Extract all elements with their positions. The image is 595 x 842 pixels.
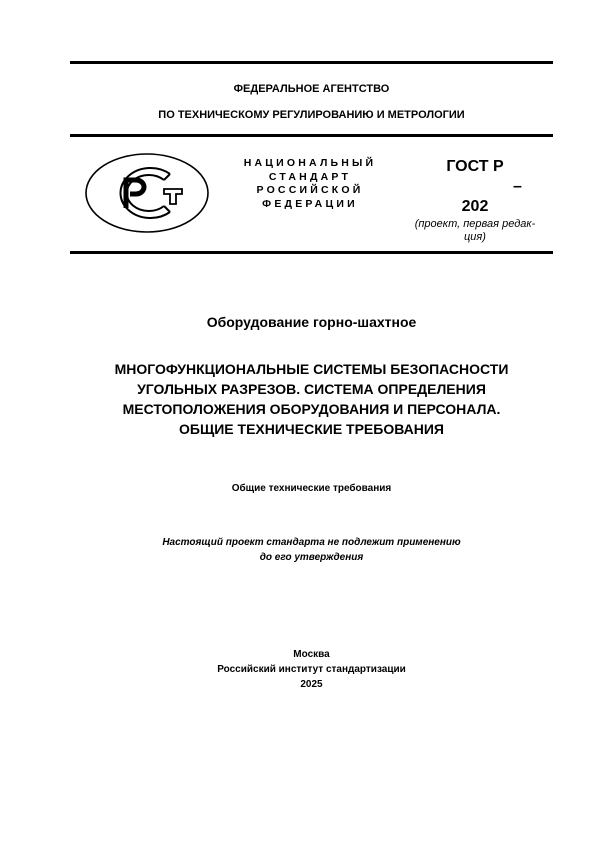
notice-line2: до его утверждения [70,550,553,565]
national-standard-line: РОССИЙСКОЙ [230,184,390,198]
national-standard-line: СТАНДАРТ [230,171,390,185]
header-bottom-rule [70,134,553,137]
top-rule [70,61,553,64]
document-subject: Оборудование горно-шахтное [70,314,553,330]
draft-note-line2: ция) [400,231,550,244]
document-subtitle: Общие технические требования [70,483,553,494]
rst-certification-mark-icon [84,152,210,234]
publication-info: Москва Российский институт стандартизаци… [70,647,553,692]
publisher: Российский институт стандартизации [70,662,553,677]
draft-note: (проект, первая редак- ция) [400,218,550,244]
publication-year: 2025 [70,677,553,692]
gost-dash: – [513,178,522,196]
document-title: МНОГОФУНКЦИОНАЛЬНЫЕ СИСТЕМЫ БЕЗОПАСНОСТИ… [70,359,553,439]
notice-line1: Настоящий проект стандарта не подлежит п… [70,535,553,550]
national-standard-line: НАЦИОНАЛЬНЫЙ [230,157,390,171]
title-line: ОБЩИЕ ТЕХНИЧЕСКИЕ ТРЕБОВАНИЯ [70,419,553,439]
standard-bottom-rule [70,251,553,254]
agency-name-line2: ПО ТЕХНИЧЕСКОМУ РЕГУЛИРОВАНИЮ И МЕТРОЛОГ… [70,109,553,121]
title-line: УГОЛЬНЫХ РАЗРЕЗОВ. СИСТЕМА ОПРЕДЕЛЕНИЯ [70,379,553,399]
draft-notice: Настоящий проект стандарта не подлежит п… [70,535,553,565]
title-line: МЕСТОПОЛОЖЕНИЯ ОБОРУДОВАНИЯ И ПЕРСОНАЛА. [70,399,553,419]
national-standard-line: ФЕДЕРАЦИИ [230,198,390,212]
gost-number: 202 [400,198,550,216]
draft-note-line1: (проект, первая редак- [400,218,550,231]
gost-designation: ГОСТ Р [400,158,550,176]
agency-name-line1: ФЕДЕРАЛЬНОЕ АГЕНТСТВО [70,83,553,95]
publication-city: Москва [70,647,553,662]
national-standard-label: НАЦИОНАЛЬНЫЙ СТАНДАРТ РОССИЙСКОЙ ФЕДЕРАЦ… [230,157,390,211]
title-line: МНОГОФУНКЦИОНАЛЬНЫЕ СИСТЕМЫ БЕЗОПАСНОСТИ [70,359,553,379]
